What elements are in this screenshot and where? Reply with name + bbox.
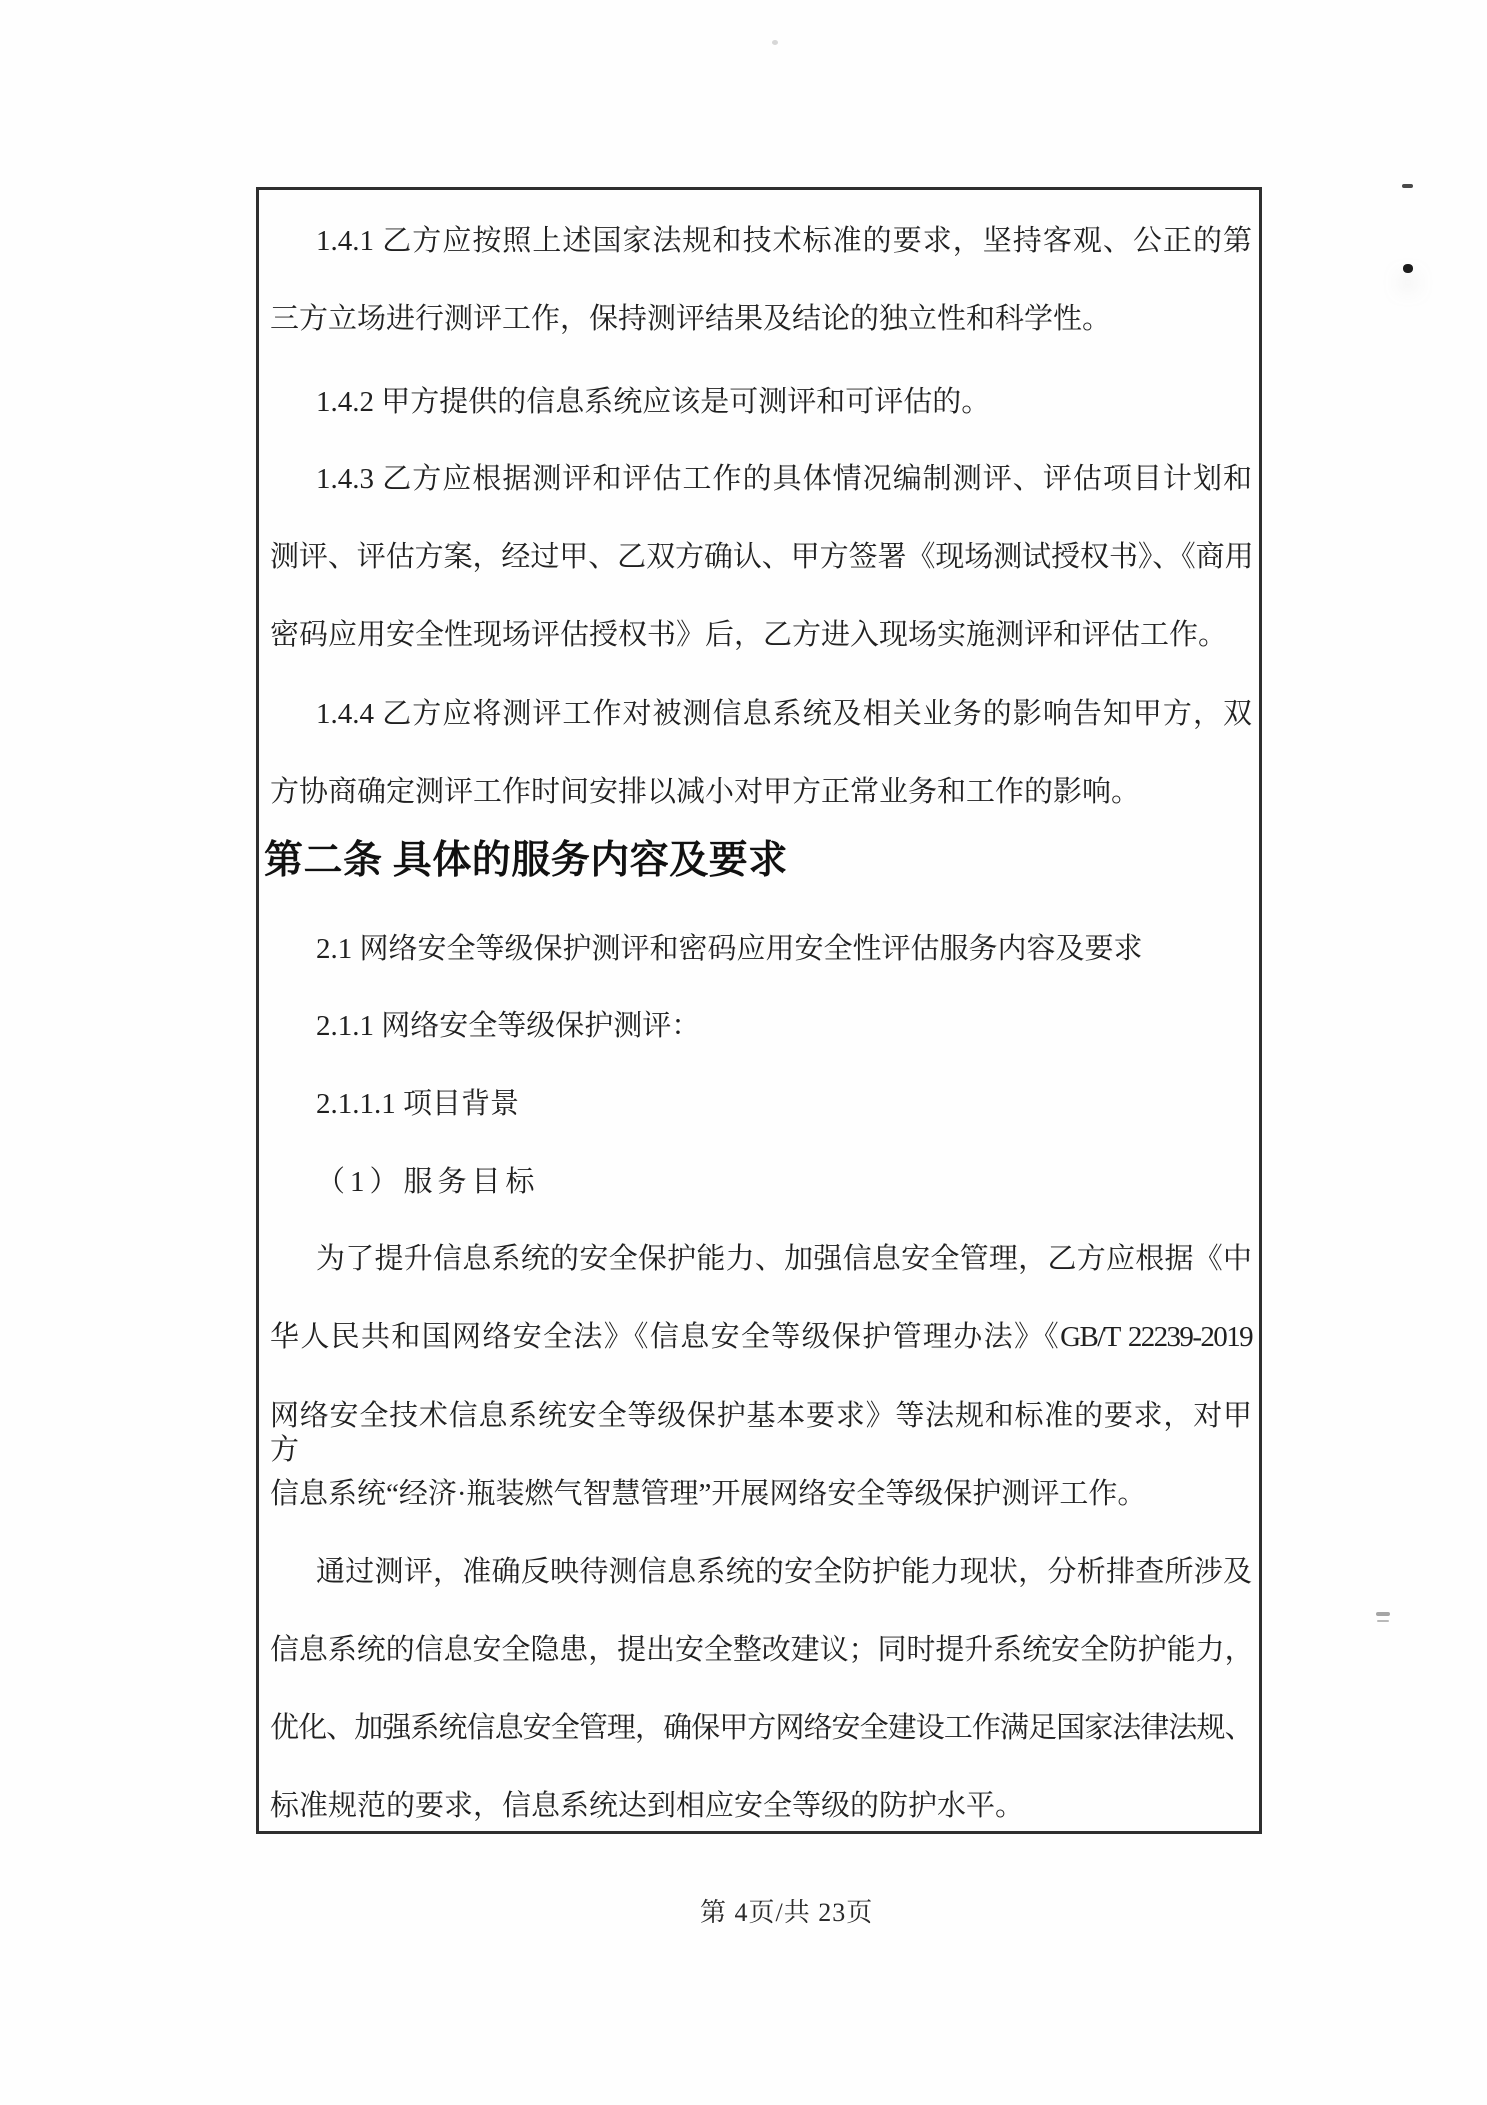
- document-line: 三方立场进行测评工作，保持测评结果及结论的独立性和科学性。: [270, 302, 1252, 336]
- scan-speck: [1402, 184, 1413, 188]
- section-heading: 第二条 具体的服务内容及要求: [264, 829, 788, 885]
- document-line: 信息系统“经济·瓶装燃气智慧管理”开展网络安全等级保护测评工作。: [270, 1477, 1252, 1511]
- document-line: 2.1.1 网络安全等级保护测评：: [270, 1009, 1252, 1043]
- document-line: 2.1.1.1 项目背景: [270, 1087, 1252, 1121]
- document-line: 密码应用安全性现场评估授权书》后，乙方进入现场实施测评和评估工作。: [270, 618, 1252, 652]
- scan-speck: [772, 40, 778, 45]
- document-line: 为了提升信息系统的安全保护能力、加强信息安全管理，乙方应根据《中: [270, 1242, 1252, 1276]
- scan-speck: [1403, 264, 1413, 273]
- document-line: 信息系统的信息安全隐患，提出安全整改建议；同时提升系统安全防护能力，: [270, 1633, 1252, 1667]
- document-line: （1）服务目标: [270, 1165, 1252, 1199]
- scanned-contract-page: 1.4.1 乙方应按照上述国家法规和技术标准的要求，坚持客观、公正的第 三方立场…: [0, 0, 1487, 2105]
- document-line: 网络安全技术信息系统安全等级保护基本要求》等法规和标准的要求，对甲方: [270, 1399, 1252, 1467]
- document-line: 1.4.2 甲方提供的信息系统应该是可测评和可评估的。: [270, 385, 1252, 419]
- document-line: 方协商确定测评工作时间安排以减小对甲方正常业务和工作的影响。: [270, 775, 1252, 809]
- document-line: 测评、评估方案，经过甲、乙双方确认、甲方签署《现场测试授权书》、《商用: [270, 540, 1252, 574]
- page-number-footer: 第 4页/共 23页: [700, 1892, 873, 1929]
- document-line: 1.4.4 乙方应将测评工作对被测信息系统及相关业务的影响告知甲方，双: [270, 697, 1252, 731]
- document-line: 优化、加强系统信息安全管理，确保甲方网络安全建设工作满足国家法律法规、: [270, 1711, 1252, 1745]
- document-line: 华人民共和国网络安全法》《信息安全等级保护管理办法》《GB/T 22239-20…: [270, 1320, 1252, 1354]
- scan-speck: [1376, 1612, 1390, 1616]
- document-line: 1.4.3 乙方应根据测评和评估工作的具体情况编制测评、评估项目计划和: [270, 462, 1252, 496]
- document-line: 标准规范的要求，信息系统达到相应安全等级的防护水平。: [270, 1789, 1252, 1823]
- document-line: 通过测评，准确反映待测信息系统的安全防护能力现状，分析排查所涉及: [270, 1555, 1252, 1589]
- document-line: 1.4.1 乙方应按照上述国家法规和技术标准的要求，坚持客观、公正的第: [270, 224, 1252, 258]
- document-line: 2.1 网络安全等级保护测评和密码应用安全性评估服务内容及要求: [270, 932, 1252, 966]
